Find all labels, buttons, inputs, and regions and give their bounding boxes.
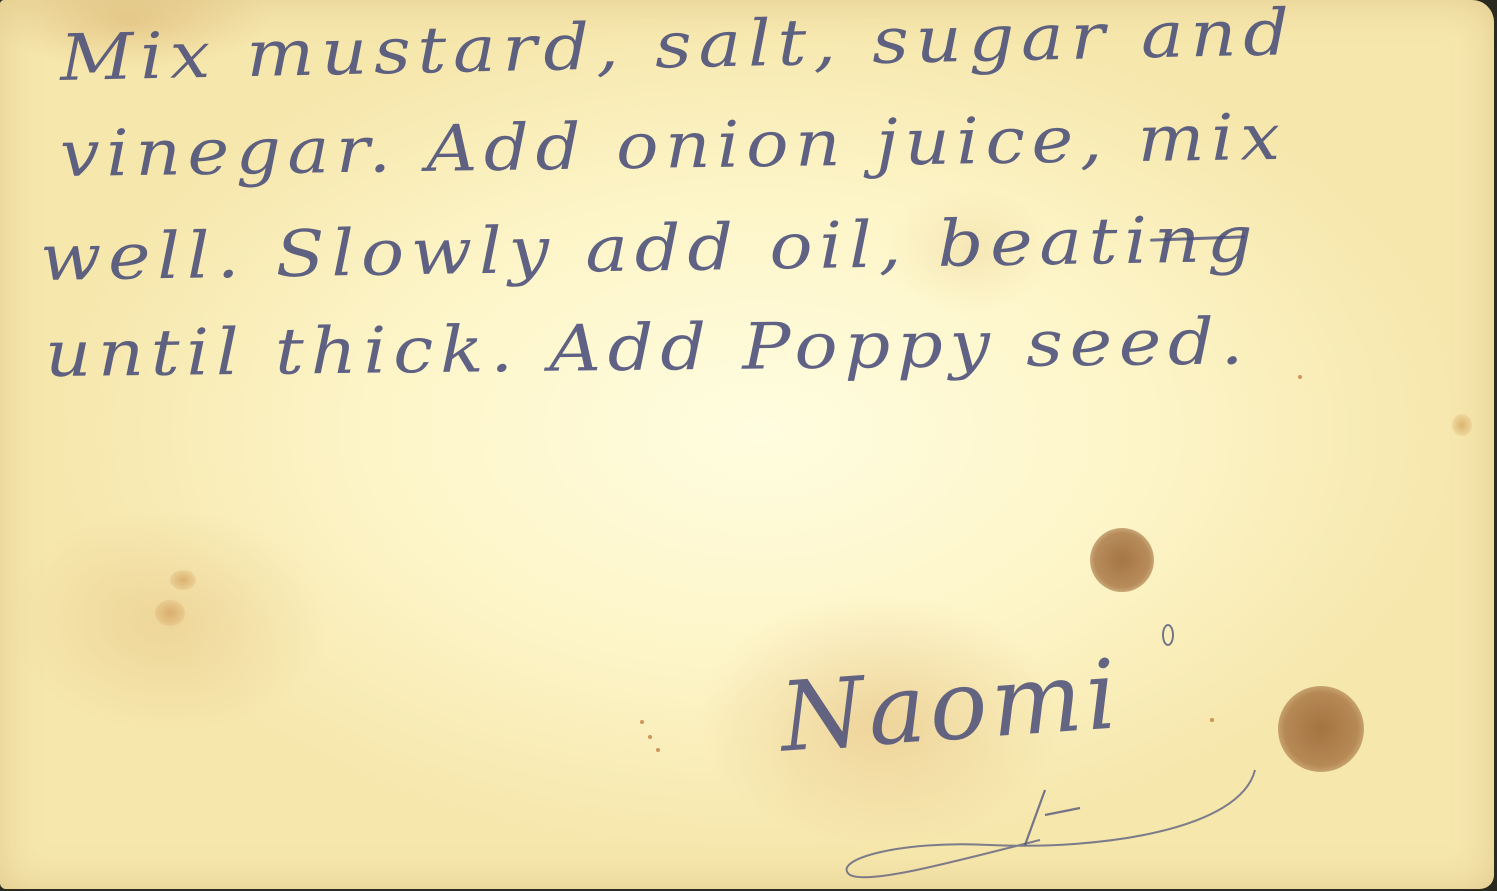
stain-speck — [648, 735, 652, 739]
stain-speck — [656, 748, 660, 752]
recipe-card: Mix mustard, salt, sugar and vinegar. Ad… — [0, 0, 1494, 889]
recipe-line-2: vinegar. Add onion juice, mix — [59, 101, 1287, 192]
stain-spot — [1090, 528, 1154, 592]
stain-speck — [1210, 718, 1214, 722]
stain-spot — [1278, 686, 1364, 772]
recipe-line-1: Mix mustard, salt, sugar and — [59, 0, 1296, 96]
stain-speck — [640, 720, 644, 724]
stain-spot — [155, 600, 185, 626]
stain-spot — [1452, 414, 1472, 436]
recipe-line-4: until thick. Add Poppy seed. — [45, 305, 1251, 392]
stain-spot — [170, 570, 196, 590]
stain-speck — [1298, 375, 1302, 379]
recipe-line-3: well. Slowly add oil, beating — [39, 203, 1260, 296]
signature: Naomi — [777, 638, 1125, 773]
